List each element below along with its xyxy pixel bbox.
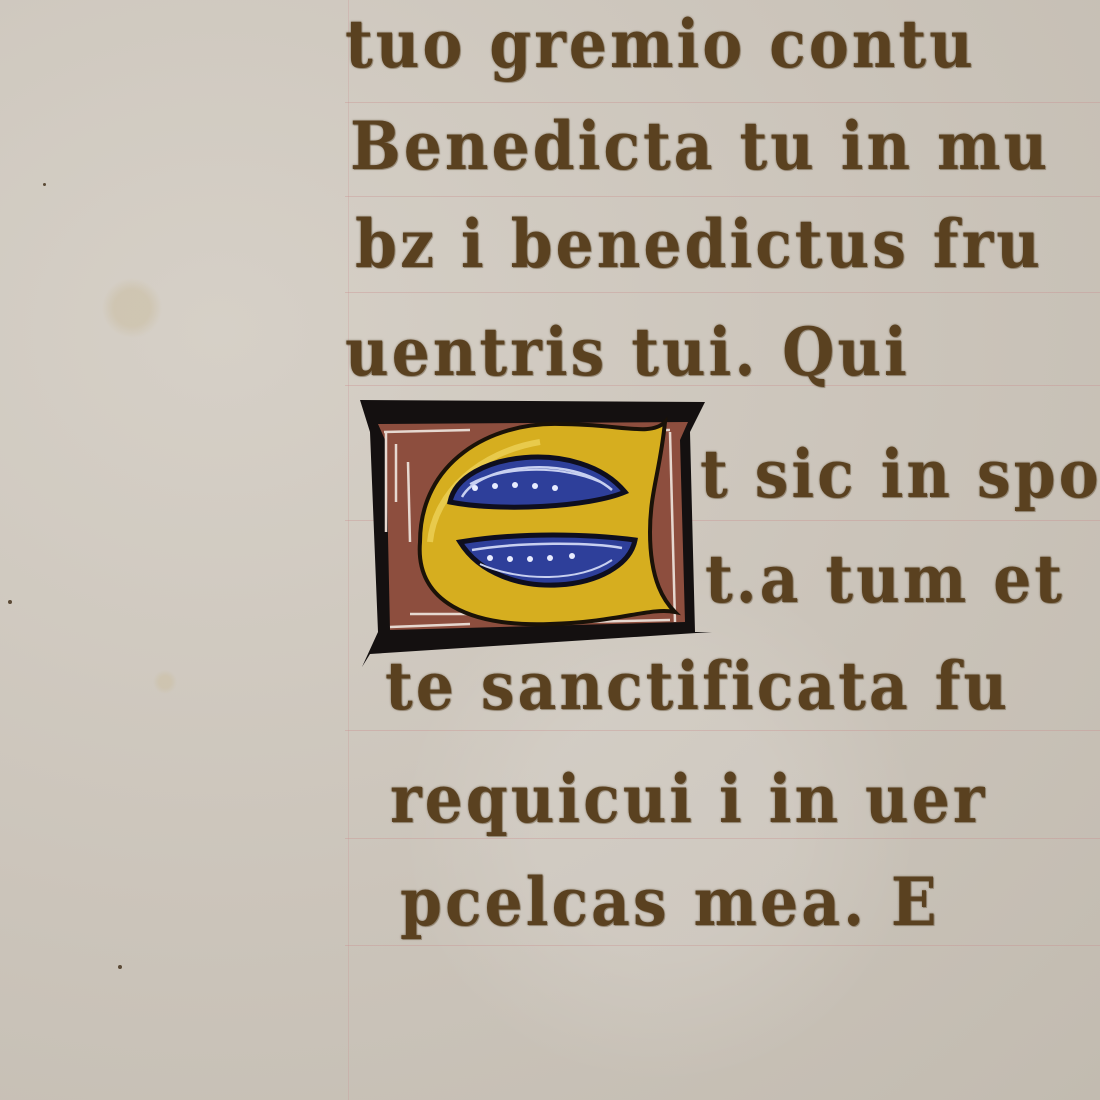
line-ruling [345,730,1100,731]
manuscript-line-8: requicui i in uer [390,762,987,839]
line-ruling [345,102,1100,103]
manuscript-line-1: tuo gremio contu [345,7,976,84]
line-ruling [345,945,1100,946]
manuscript-line-9: pcelcas mea. E [400,865,940,942]
line-ruling [345,196,1100,197]
manuscript-line-6: t.a tum et [705,542,1065,619]
manuscript-line-2: Benedicta tu in mu [350,109,1050,186]
margin-ruling [348,0,349,1100]
manuscript-line-5: t sic in spo [700,437,1100,514]
ink-speck [118,965,122,969]
line-ruling [345,292,1100,293]
manuscript-line-4: uentris tui. Qui [345,315,910,392]
ink-speck [43,183,46,186]
illuminated-initial-e [350,392,715,670]
ink-speck [8,600,12,604]
manuscript-line-3: bz i benedictus fru [355,207,1043,284]
